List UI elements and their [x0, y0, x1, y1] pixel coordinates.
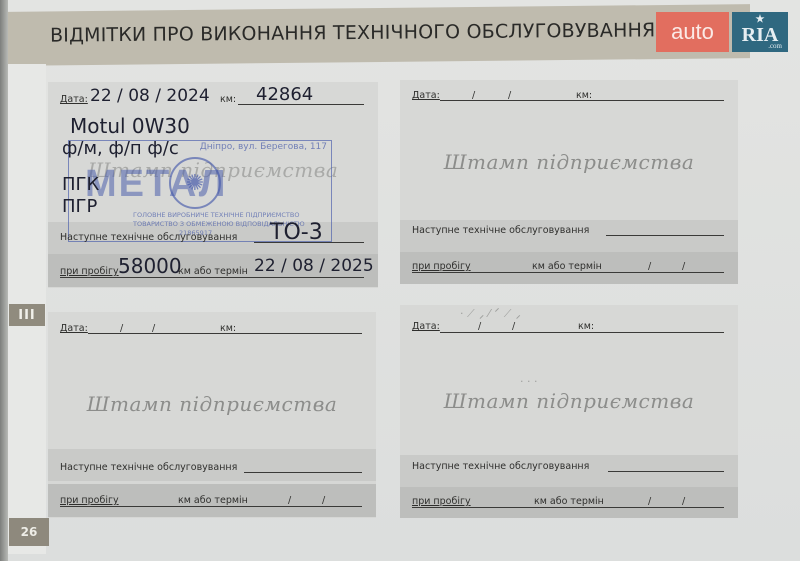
mileage-line[interactable] [60, 506, 362, 507]
km-or-date-label: км або термін [178, 495, 248, 506]
service-note-1: Motul 0W30 [70, 114, 190, 138]
next-service-label: Наступне технічне обслуговування [412, 225, 589, 236]
stamp-line-1: ГОЛОВНЕ ВИРОБНИЧЕ ТЕХНІЧНЕ ПІДПРИЄМСТВО [133, 211, 299, 219]
book-binding-edge [0, 0, 8, 561]
autoria-logo-auto: auto [656, 12, 729, 52]
term-slash-2: / [682, 261, 685, 272]
mileage-label: при пробігу [412, 496, 471, 507]
stamp-placeholder: Штамп підприємства [400, 389, 738, 413]
mileage-row: при пробігу км або термін / / [412, 261, 724, 272]
logo-com-text: .com [768, 42, 782, 50]
mileage-row: при пробігу км або термін / / [412, 496, 724, 507]
mileage-label: при пробігу [60, 266, 119, 277]
star-icon: ★ [756, 16, 765, 24]
date-label: Дата: [412, 321, 440, 332]
faint-imprint-dots: · · · [520, 375, 537, 388]
logo-auto-text: auto [671, 19, 714, 45]
mileage-label: при пробігу [60, 495, 119, 506]
service-record-card-1: Штамп підприємства Дніпро, вул. Берегова… [48, 82, 378, 288]
mileage-line[interactable] [412, 507, 724, 508]
next-date-day: 22 [254, 256, 276, 276]
mileage-line [60, 277, 364, 278]
service-note-4: ПГР [62, 196, 97, 217]
service-note-2: ф/м, ф/п ф/с [62, 138, 179, 159]
km-value[interactable]: 42864 [256, 84, 313, 105]
next-date-year: 2025 [330, 256, 373, 276]
gear-emblem-icon: ✺ [169, 157, 221, 209]
next-date-month: 08 [292, 256, 314, 276]
next-service-label: Наступне технічне обслуговування [60, 232, 237, 243]
term-slash-1: / [648, 496, 651, 507]
next-mileage-value[interactable]: 58000 [118, 254, 182, 278]
date-year: 2024 [166, 86, 209, 106]
date-km-line[interactable] [440, 332, 724, 333]
service-record-card-3: Дата: / / км: Штамп підприємства Наступн… [48, 312, 376, 518]
service-record-card-4: · ⟋ ⸝ ⁄ ⸍ ⟋ ⸝ · · · Дата: / / км: Штамп … [400, 305, 738, 518]
date-month: 08 [128, 86, 150, 106]
date-slash-2: / [512, 321, 515, 332]
date-km-line[interactable] [440, 100, 724, 101]
autoria-logo-ria: ★ RIA .com [732, 12, 788, 52]
mileage-line[interactable] [412, 272, 724, 273]
section-tab: III [9, 304, 45, 326]
mileage-label: при пробігу [412, 261, 471, 272]
page-number: 26 [9, 518, 49, 546]
next-service-line[interactable] [606, 235, 724, 236]
term-slash-1: / [288, 495, 291, 506]
next-service-value[interactable]: ТО-3 [270, 220, 323, 245]
km-or-date-label: км або термін [178, 266, 248, 277]
next-service-line[interactable] [244, 472, 362, 473]
date-label: Дата: [60, 323, 88, 334]
date-km-line[interactable] [88, 333, 362, 334]
next-date-value[interactable]: 22 / 08 / 2025 [254, 256, 374, 276]
service-note-3: ПГК [62, 174, 99, 195]
stamp-address: Дніпро, вул. Берегова, 117 [200, 142, 327, 152]
date-slash-1: / [478, 321, 481, 332]
faint-imprint: · ⟋ ⸝ ⁄ ⸍ ⟋ ⸝ [460, 307, 522, 321]
stamp-placeholder: Штамп підприємства [400, 150, 738, 174]
date-label: Дата: [412, 90, 440, 101]
next-service-line[interactable] [608, 471, 724, 472]
next-service-label: Наступне технічне обслуговування [412, 461, 589, 472]
service-record-card-2: Дата: / / км: Штамп підприємства Наступн… [400, 80, 738, 284]
stamp-placeholder: Штамп підприємства [48, 392, 376, 416]
next-service-label: Наступне технічне обслуговування [60, 462, 237, 473]
date-value[interactable]: 22 / 08 / 2024 [90, 86, 210, 106]
mileage-row: при пробігу км або термін / / [60, 495, 362, 506]
date-day: 22 [90, 86, 112, 106]
km-label: км: [220, 94, 236, 105]
date-row: Дата: / / км: [412, 321, 724, 332]
date-label: Дата: [60, 94, 88, 105]
term-slash-2: / [322, 495, 325, 506]
km-or-date-label: км або термін [534, 496, 604, 507]
term-slash-2: / [682, 496, 685, 507]
term-slash-1: / [648, 261, 651, 272]
km-label: км: [578, 321, 594, 332]
km-or-date-label: км або термін [532, 261, 602, 272]
